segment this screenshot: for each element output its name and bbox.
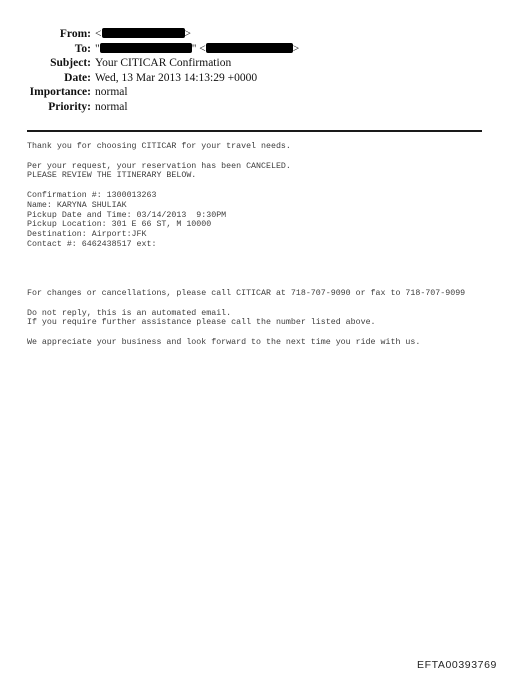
header-body-divider: [27, 130, 482, 132]
from-value: <>: [95, 27, 191, 42]
angle-open-text: <: [95, 28, 102, 40]
email-document-page: From: <> To: "" <> Subject: Your CITICAR…: [0, 0, 512, 678]
header-row-importance: Importance: normal: [0, 85, 512, 100]
header-row-to: To: "" <>: [0, 42, 512, 57]
angle-close-text: >: [185, 28, 192, 40]
redacted-to-address: [206, 43, 293, 53]
angle-close-text: >: [293, 43, 300, 55]
priority-value: normal: [95, 100, 128, 115]
redacted-from-address: [102, 28, 185, 38]
header-row-from: From: <>: [0, 27, 512, 42]
importance-value: normal: [95, 85, 128, 100]
quote-open-text: ": [95, 43, 100, 55]
email-header: From: <> To: "" <> Subject: Your CITICAR…: [0, 0, 512, 114]
redacted-to-name: [100, 43, 192, 53]
quote-close-angle-open-text: " <: [192, 43, 206, 55]
date-label: Date:: [0, 71, 91, 86]
bates-number: EFTA00393769: [417, 659, 497, 671]
importance-label: Importance:: [0, 85, 91, 100]
subject-value: Your CITICAR Confirmation: [95, 56, 231, 71]
subject-label: Subject:: [0, 56, 91, 71]
email-body-text: Thank you for choosing CITICAR for your …: [27, 142, 512, 348]
header-row-priority: Priority: normal: [0, 100, 512, 115]
from-label: From:: [0, 27, 91, 42]
header-row-subject: Subject: Your CITICAR Confirmation: [0, 56, 512, 71]
date-value: Wed, 13 Mar 2013 14:13:29 +0000: [95, 71, 257, 86]
to-value: "" <>: [95, 42, 299, 57]
to-label: To:: [0, 42, 91, 57]
priority-label: Priority:: [0, 100, 91, 115]
header-row-date: Date: Wed, 13 Mar 2013 14:13:29 +0000: [0, 71, 512, 86]
